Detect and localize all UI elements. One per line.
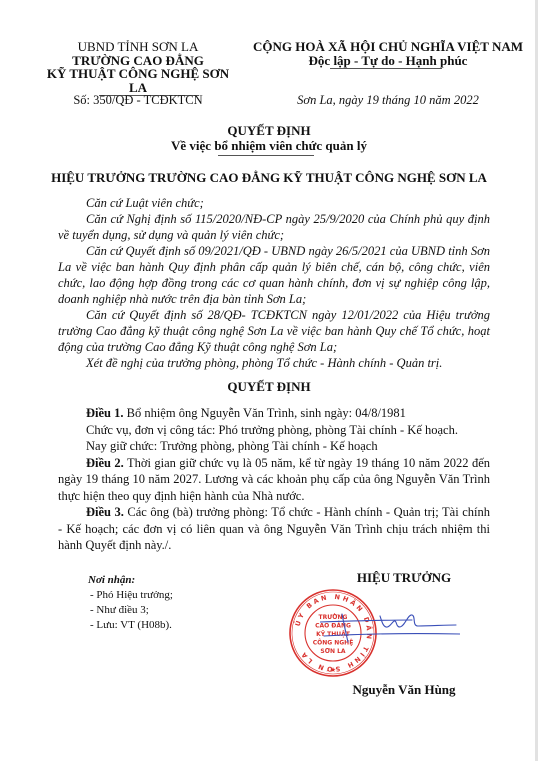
recipient-item: - Phó Hiệu trưởng; [88,588,173,603]
article-1-new-position: Nay giữ chức: Trưởng phòng, phòng Tài ch… [58,438,490,455]
article-3-label: Điều 3. [86,505,124,519]
issuing-agency-header: UBND TỈNH SƠN LA TRƯỜNG CAO ĐẲNG KỸ THUẬ… [38,40,238,96]
article-1-label: Điều 1. [86,406,124,420]
document-number: Số: 350/QĐ - TCĐKTCN [38,93,238,108]
legal-basis-item: Xét đề nghị của trưởng phòng, phòng Tổ c… [58,355,490,371]
agency-name-line1: TRƯỜNG CAO ĐẲNG [38,54,238,68]
issuing-authority: HIỆU TRƯỞNG TRƯỜNG CAO ĐẲNG KỸ THUẬT CÔN… [0,170,538,186]
document-page: UBND TỈNH SƠN LA TRƯỜNG CAO ĐẲNG KỸ THUẬ… [0,0,535,761]
seal-center-line: SƠN LA [320,648,345,655]
place-and-date: Sơn La, ngày 19 tháng 10 năm 2022 [243,93,533,108]
header-right-divider [330,68,442,69]
title-subject: Về việc bổ nhiệm viên chức quản lý [0,139,538,154]
article-1-text: Bổ nhiệm ông Nguyễn Văn Trình, sinh ngày… [124,406,406,420]
country-name: CỘNG HOÀ XÃ HỘI CHỦ NGHĨA VIỆT NAM [243,40,533,54]
handwritten-signature-icon [320,612,460,648]
article-3: Điều 3. Các ông (bà) trưởng phòng: Tổ ch… [58,504,490,554]
seal-star-icon: ★ [330,666,336,674]
signer-title: HIỆU TRƯỞNG [270,570,538,586]
article-1-position: Chức vụ, đơn vị công tác: Phó trưởng phò… [58,422,490,439]
recipients-block: Nơi nhận: - Phó Hiệu trưởng; - Như điều … [88,573,173,633]
legal-basis-item: Căn cứ Nghị định số 115/2020/NĐ-CP ngày … [58,211,490,243]
articles: Điều 1. Bổ nhiệm ông Nguyễn Văn Trình, s… [58,405,490,554]
document-title: QUYẾT ĐỊNH Về việc bổ nhiệm viên chức qu… [0,124,538,156]
recipient-item: - Lưu: VT (H08b). [88,618,173,633]
decision-heading: QUYẾT ĐỊNH [0,379,538,395]
article-2-label: Điều 2. [86,456,124,470]
title-divider [218,155,314,156]
agency-name-line2: KỸ THUẬT CÔNG NGHỆ SƠN LA [38,67,238,94]
article-2: Điều 2. Thời gian giữ chức vụ là 05 năm,… [58,455,490,505]
legal-bases: Căn cứ Luật viên chức; Căn cứ Nghị định … [58,195,490,371]
signer-name: Nguyễn Văn Hùng [270,682,538,698]
title-main: QUYẾT ĐỊNH [0,124,538,139]
national-motto: Độc lập - Tự do - Hạnh phúc [243,54,533,68]
recipient-item: - Như điều 3; [88,603,173,618]
national-motto-header: CỘNG HOÀ XÃ HỘI CHỦ NGHĨA VIỆT NAM Độc l… [243,40,533,69]
article-1: Điều 1. Bổ nhiệm ông Nguyễn Văn Trình, s… [58,405,490,422]
legal-basis-item: Căn cứ Luật viên chức; [58,195,490,211]
agency-parent: UBND TỈNH SƠN LA [38,40,238,54]
legal-basis-item: Căn cứ Quyết định số 09/2021/QĐ - UBND n… [58,243,490,307]
recipients-heading: Nơi nhận: [88,573,173,588]
legal-basis-item: Căn cứ Quyết định số 28/QĐ- TCĐKTCN ngày… [58,307,490,355]
